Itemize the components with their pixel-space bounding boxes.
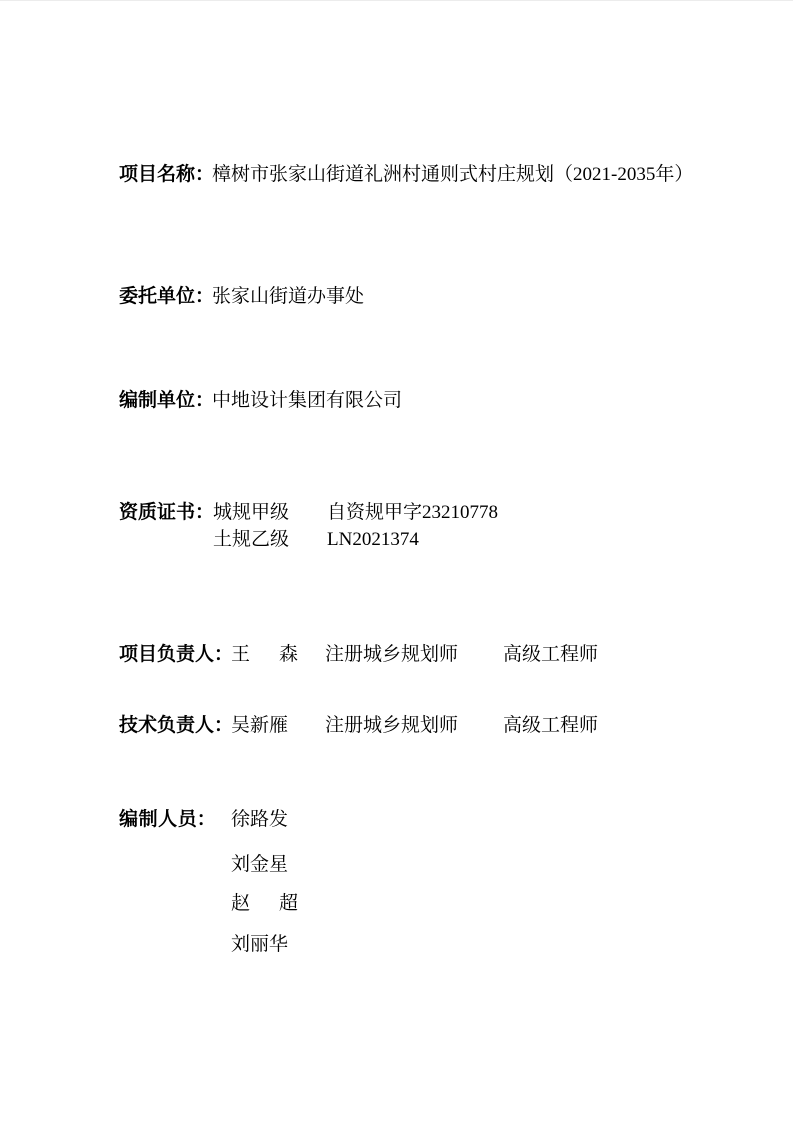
qualification-number: LN2021374 <box>327 527 419 553</box>
field-client-unit: 委托单位： 张家山街道办事处 <box>0 284 793 310</box>
field-compiling-unit: 编制单位： 中地设计集团有限公司 <box>0 388 793 414</box>
technical-leader-cert-title: 注册城乡规划师 <box>325 713 458 739</box>
field-staff-member-row: 赵 超 <box>0 891 793 917</box>
qualification-grade: 土规乙级 <box>213 527 289 553</box>
qualification-grade: 城规甲级 <box>213 500 289 526</box>
staff-member: 刘丽华 <box>231 932 288 958</box>
field-staff-member-row: 刘丽华 <box>0 932 793 958</box>
staff-member: 徐路发 <box>231 807 288 833</box>
field-staff: 编 制 人 员： 徐路发 <box>0 807 793 833</box>
field-project-name: 项目名称： 樟树市张家山街道礼洲村通则式村庄规划（2021-2035年） <box>0 162 793 188</box>
field-qualification-row-2: 土规乙级 LN2021374 <box>0 527 793 553</box>
staff-member: 赵 超 <box>231 891 303 917</box>
technical-leader-name: 吴新雁 <box>231 713 288 739</box>
technical-leader-label: 技术负责人： <box>119 713 233 739</box>
project-leader-cert-title: 注册城乡规划师 <box>325 642 458 668</box>
client-unit-value: 张家山街道办事处 <box>212 284 364 310</box>
field-project-leader: 项目负责人： 王 森 注册城乡规划师 高级工程师 <box>0 642 793 668</box>
field-staff-member-row: 刘金星 <box>0 852 793 878</box>
qualification-label: 资质证书： <box>119 500 214 526</box>
field-qualification-row-1: 资质证书： 城规甲级 自资规甲字23210778 <box>0 500 793 526</box>
compiling-unit-value: 中地设计集团有限公司 <box>212 388 402 414</box>
project-leader-prof-title: 高级工程师 <box>503 642 598 668</box>
project-leader-name: 王 森 <box>231 642 303 668</box>
technical-leader-prof-title: 高级工程师 <box>503 713 598 739</box>
project-name-label: 项目名称： <box>119 162 214 188</box>
field-technical-leader: 技术负责人： 吴新雁 注册城乡规划师 高级工程师 <box>0 713 793 739</box>
compiling-unit-label: 编制单位： <box>119 388 214 414</box>
qualification-number: 自资规甲字23210778 <box>327 500 498 526</box>
document-page: 项目名称： 樟树市张家山街道礼洲村通则式村庄规划（2021-2035年） 委托单… <box>0 0 793 1122</box>
staff-label: 编 制 人 员： <box>119 807 216 833</box>
client-unit-label: 委托单位： <box>119 284 214 310</box>
project-leader-label: 项目负责人： <box>119 642 233 668</box>
staff-member: 刘金星 <box>231 852 288 878</box>
project-name-value: 樟树市张家山街道礼洲村通则式村庄规划（2021-2035年） <box>212 162 693 188</box>
